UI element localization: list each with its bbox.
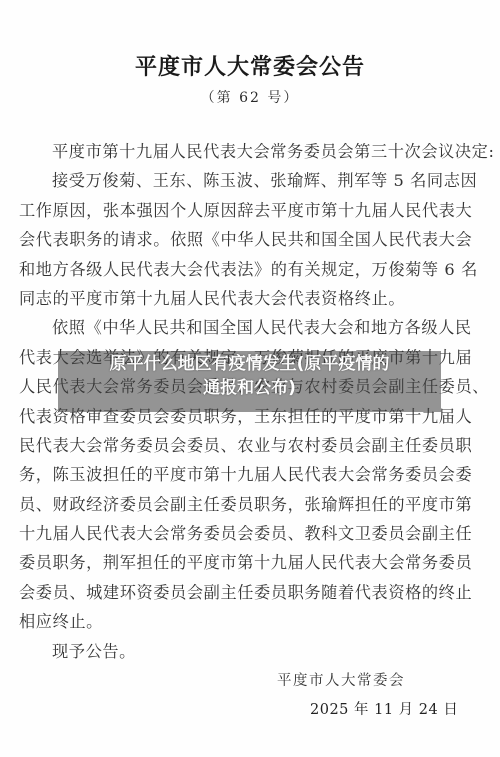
document-title: 平度市人大常委会公告 (0, 50, 500, 81)
body-line: 民代表大会常务委员会委员、农业与农村委员会副主任委员职 (19, 431, 481, 460)
body-line: 和地方各级人民代表大会代表法》的有关规定，万俊菊等 6 名 (19, 255, 481, 284)
body-line: 委员职务，荆军担任的平度市第十九届人民代表大会常务委员 (19, 548, 481, 577)
document-number: （第 62 号） (0, 87, 500, 107)
body-line: 同志的平度市第十九届人民代表大会代表资格终止。 (19, 284, 481, 313)
body-line: 相应终止。 (19, 607, 481, 636)
signature: 平度市人大常委会 (277, 669, 405, 690)
closing-line: 现予公告。 (19, 637, 481, 666)
body-line: 十九届人民代表大会常务委员会委员、教科文卫委员会副主任 (19, 519, 481, 548)
body-line: 接受万俊菊、王东、陈玉波、张瑜辉、荆军等 5 名同志因 (19, 166, 481, 195)
caption-line-1: 原平什么地区有疫情发生(原平疫情的 (58, 352, 441, 376)
body-line: 务，陈玉波担任的平度市第十九届人民代表大会常务委员会委 (19, 460, 481, 489)
body-line: 平度市第十九届人民代表大会常务委员会第三十次会议决定: (19, 137, 481, 166)
caption-overlay: 原平什么地区有疫情发生(原平疫情的 通报和公布) (58, 352, 441, 400)
body-line: 会代表职务的请求。依照《中华人民共和国全国人民代表大会 (19, 225, 481, 254)
body-line: 工作原因，张本强因个人原因辞去平度市第十九届人民代表大 (19, 196, 481, 225)
body-line: 依照《中华人民共和国全国人民代表大会和地方各级人民 (19, 313, 481, 342)
body-line: 会委员、城建环资委员会副主任委员职务随着代表资格的终止 (19, 578, 481, 607)
document-date: 2025 年 11 月 24 日 (310, 698, 458, 719)
body-line: 员、财政经济委员会副主任委员职务，张瑜辉担任的平度市第 (19, 490, 481, 519)
caption-line-2: 通报和公布) (58, 376, 441, 400)
